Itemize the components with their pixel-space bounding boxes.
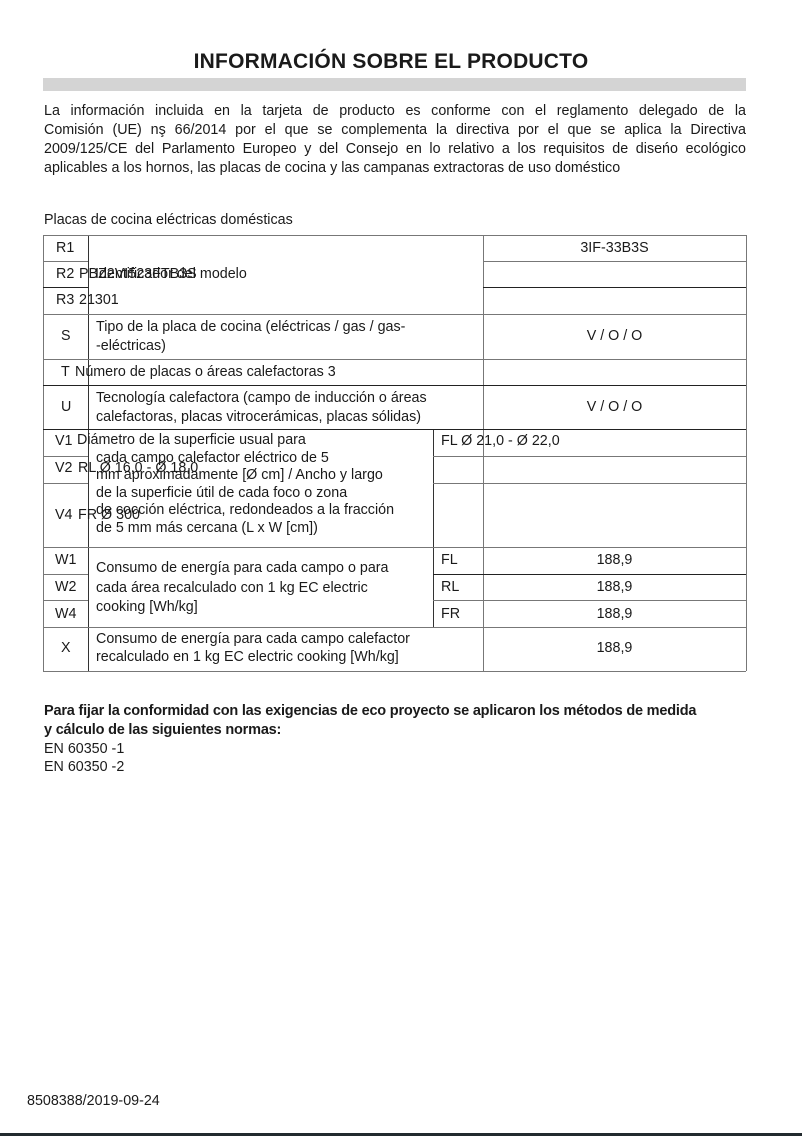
s-value: V / O / O: [483, 327, 746, 346]
row-line: [43, 261, 88, 262]
document-reference: 8508388/2019-09-24: [27, 1093, 160, 1109]
row-line: [43, 600, 88, 601]
row-code-v1: V1: [55, 432, 73, 451]
row-code-w1: W1: [55, 551, 76, 570]
u-value: V / O / O: [483, 398, 746, 417]
row-code-r3: R3: [56, 291, 74, 310]
row-code-r2: R2: [56, 265, 74, 284]
description-line: de cocción eléctrica, redondeados a la f…: [77, 502, 394, 520]
zone-column-divider: [433, 429, 434, 627]
row-code-r1: R1: [56, 239, 74, 258]
description-line: Diámetro de la superficie usual para: [77, 432, 394, 450]
table-border-right: [746, 235, 747, 671]
intro-paragraph: La información incluida en la tarjeta de…: [44, 102, 746, 178]
row-code-w2: W2: [55, 578, 76, 597]
row-line: [483, 287, 746, 288]
row-line: [43, 671, 746, 672]
row-line: [433, 483, 746, 484]
conformity-line: y cálculo de las siguientes normas:: [44, 721, 696, 740]
u-description: Tecnología calefactora (campo de inducci…: [96, 389, 427, 427]
norm-item: EN 60350 -1: [44, 740, 124, 758]
description-line: cada campo calefactor eléctrico de 5: [77, 450, 394, 468]
w2-zone: RL: [441, 578, 459, 597]
description-line: de la superficie útil de cada foco o zon…: [77, 485, 394, 503]
row-code-x: X: [61, 639, 71, 658]
intro-line: aplicables a los hornos, las placas de c…: [44, 159, 746, 178]
description-line: Tecnología calefactora (campo de inducci…: [96, 389, 427, 408]
w-description: Consumo de energía para cada campo o par…: [96, 559, 388, 618]
title-underline-bar: [43, 78, 746, 91]
description-line: -eléctricas): [96, 337, 405, 356]
norm-item: EN 60350 -2: [44, 758, 124, 776]
w4-zone: FR: [441, 605, 460, 624]
row-line: [43, 547, 746, 548]
v-description: Diámetro de la superficie usual para cad…: [77, 432, 394, 537]
row-line: [43, 235, 746, 236]
s-description: Tipo de la placa de cocina (eléctricas /…: [96, 318, 405, 356]
row-line: [43, 359, 746, 360]
table-border-left: [43, 235, 44, 671]
row-code-w4: W4: [55, 605, 76, 624]
description-line: cada área recalculado con 1 kg EC electr…: [96, 579, 388, 599]
row-line: [433, 574, 746, 575]
x-description: Consumo de energía para cada campo calef…: [96, 631, 410, 666]
w1-zone: FL: [441, 551, 458, 570]
description-line: cooking [Wh/kg]: [96, 598, 388, 618]
page-title: INFORMACIÓN SOBRE EL PRODUCTO: [0, 50, 782, 74]
row-line: [43, 574, 88, 575]
description-line: de 5 mm más cercana (L x W [cm]): [77, 520, 394, 538]
row-line: [483, 261, 746, 262]
row-line: [433, 456, 746, 457]
model-value: 3IF-33B3S: [483, 239, 746, 258]
conformity-line: Para fijar la conformidad con las exigen…: [44, 702, 696, 721]
intro-line: La información incluida en la tarjeta de…: [44, 102, 746, 121]
row-line: [43, 627, 746, 628]
row-code-s: S: [61, 327, 71, 346]
w4-value: 188,9: [483, 605, 746, 624]
description-line: mm aproximadamente [Ø cm] / Ancho y larg…: [77, 467, 394, 485]
row-code-t: T: [61, 363, 70, 382]
v1-zone-value: FL Ø 21,0 - Ø 22,0: [441, 432, 560, 451]
description-line: Consumo de energía para cada campo o par…: [96, 559, 388, 579]
description-line: Tipo de la placa de cocina (eléctricas /…: [96, 318, 405, 337]
row-code-v4: V4: [55, 506, 73, 525]
t-description: Número de placas o áreas calefactoras 3: [75, 363, 336, 382]
description-line: Consumo de energía para cada campo calef…: [96, 631, 410, 649]
conformity-statement: Para fijar la conformidad con las exigen…: [44, 702, 696, 740]
w2-value: 188,9: [483, 578, 746, 597]
section-label: Placas de cocina eléctricas domésticas: [44, 212, 293, 228]
description-line: recalculado en 1 kg EC electric cooking …: [96, 649, 410, 667]
intro-line: 2009/125/CE del Parlamento Europeo y del…: [44, 140, 746, 159]
row-code-u: U: [61, 398, 71, 417]
r3-overlay-value: 21301: [79, 291, 119, 310]
description-line: calefactoras, placas vitrocerámicas, pla…: [96, 408, 427, 427]
w1-value: 188,9: [483, 551, 746, 570]
norms-list: EN 60350 -1 EN 60350 -2: [44, 740, 124, 776]
row-line: [43, 314, 746, 315]
intro-line: Comisión (UE) nş 66/2014 por el que se c…: [44, 121, 746, 140]
x-value: 188,9: [483, 639, 746, 658]
row-line: [43, 287, 88, 288]
row-line: [433, 600, 746, 601]
r2-description: Identificador del modelo: [95, 265, 247, 284]
row-line: [43, 385, 746, 386]
row-code-v2: V2: [55, 459, 73, 478]
row-line: [43, 429, 746, 430]
